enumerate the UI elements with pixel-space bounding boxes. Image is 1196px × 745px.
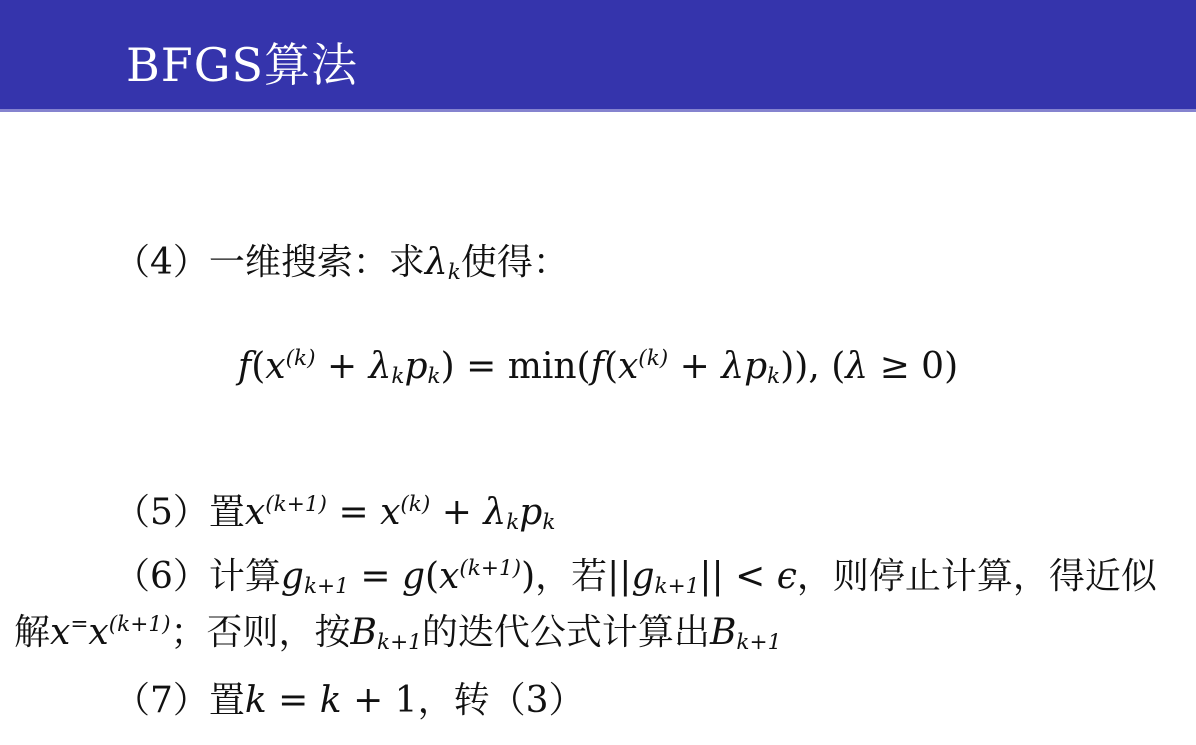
slide-body: （4）一维搜索：求λk使得： f(x(k) + λkpk) = min(f(x(… <box>0 0 1196 745</box>
step-4-text: （4）一维搜索：求λk使得： <box>114 240 569 285</box>
step-6-text-line-1: （6）计算gk+1 = g(x(k+1))，若||gk+1|| < ϵ，则停止计… <box>114 554 1157 599</box>
slide: BFGS算法 （4）一维搜索：求λk使得： f(x(k) + λkpk) = m… <box>0 0 1196 745</box>
step-6-text-line-2: 解x=x(k+1)；否则，按Bk+1的迭代公式计算出Bk+1 <box>14 610 781 655</box>
line-search-formula: f(x(k) + λkpk) = min(f(x(k) + λpk)), (λ … <box>0 344 1196 389</box>
step-7-text: （7）置k = k + 1，转（3） <box>114 678 585 723</box>
step-5-text: （5）置x(k+1) = x(k) + λkpk <box>114 490 555 535</box>
